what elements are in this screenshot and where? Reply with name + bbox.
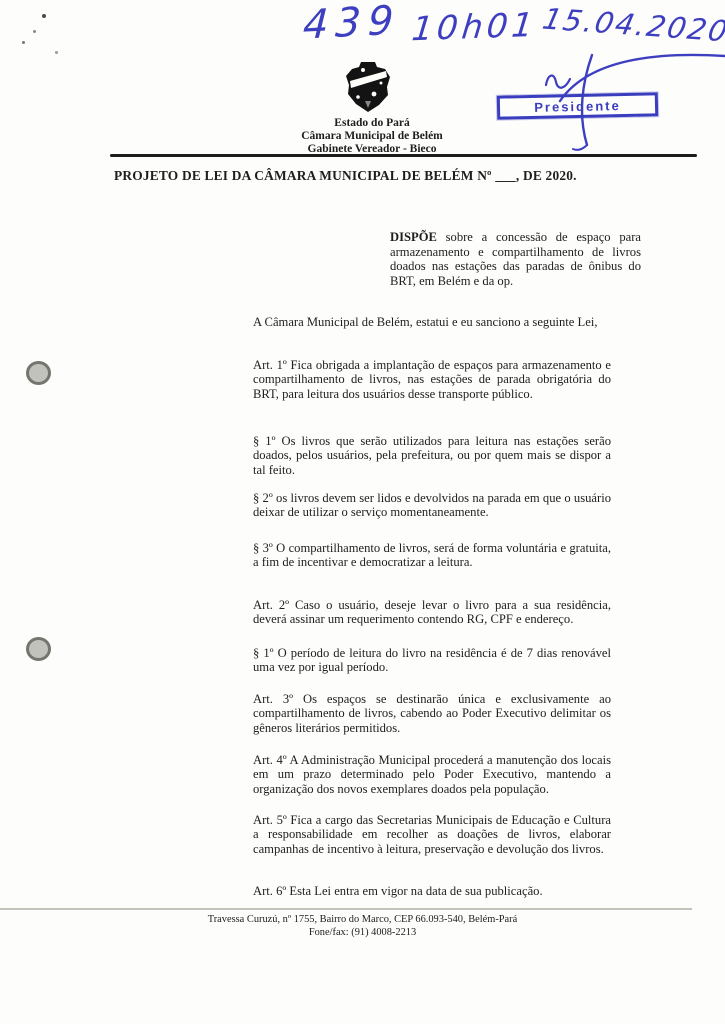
handwritten-protocol-time: 10h01	[410, 5, 539, 49]
footer: Travessa Curuzú, nº 1755, Bairro do Marc…	[0, 913, 725, 939]
paragraph-art2: Art. 2º Caso o usuário, deseje levar o l…	[253, 598, 611, 627]
scan-speck	[55, 51, 58, 54]
header-divider	[110, 154, 697, 157]
scanned-document-page: 439 10h01 15.04.2020 Presidente Estado d…	[0, 0, 725, 1024]
footer-phone: Fone/fax: (91) 4008-2213	[0, 926, 725, 939]
letterhead: Estado do Pará Câmara Municipal de Belém…	[262, 117, 482, 156]
scan-speck	[22, 41, 25, 44]
paragraph-preamble: A Câmara Municipal de Belém, estatui e e…	[253, 315, 611, 329]
paragraph-art3: Art. 3º Os espaços se destinarão única e…	[253, 692, 611, 735]
presidente-stamp-label: Presidente	[534, 98, 621, 115]
presidente-stamp: Presidente	[497, 92, 658, 119]
paragraph-art1-par3: § 3º O compartilhamento de livros, será …	[253, 541, 611, 570]
hole-punch	[26, 637, 51, 661]
ementa-paragraph: DISPÕE sobre a concessão de espaço para …	[390, 230, 641, 288]
scan-speck	[42, 14, 46, 18]
footer-address: Travessa Curuzú, nº 1755, Bairro do Marc…	[0, 913, 725, 926]
coat-of-arms-icon	[341, 61, 395, 113]
scan-speck	[33, 30, 36, 33]
document-title: PROJETO DE LEI DA CÂMARA MUNICIPAL DE BE…	[114, 168, 634, 184]
letterhead-chamber: Câmara Municipal de Belém	[262, 130, 482, 143]
paragraph-art5: Art. 5º Fica a cargo das Secretarias Mun…	[253, 813, 611, 856]
paragraph-art4: Art. 4º A Administração Municipal proced…	[253, 753, 611, 796]
footer-divider	[0, 908, 692, 910]
paragraph-art1-par2: § 2º os livros devem ser lidos e devolvi…	[253, 491, 611, 520]
paragraph-art1-par1: § 1º Os livros que serão utilizados para…	[253, 434, 611, 477]
handwritten-protocol-number: 439	[302, 0, 402, 49]
letterhead-state: Estado do Pará	[262, 117, 482, 130]
ementa-lead-word: DISPÕE	[390, 230, 437, 244]
paragraph-art1: Art. 1º Fica obrigada a implantação de e…	[253, 358, 611, 401]
paragraph-art2-par1: § 1º O período de leitura do livro na re…	[253, 646, 611, 675]
paragraph-art6: Art. 6º Esta Lei entra em vigor na data …	[253, 884, 611, 898]
hole-punch	[26, 361, 51, 385]
